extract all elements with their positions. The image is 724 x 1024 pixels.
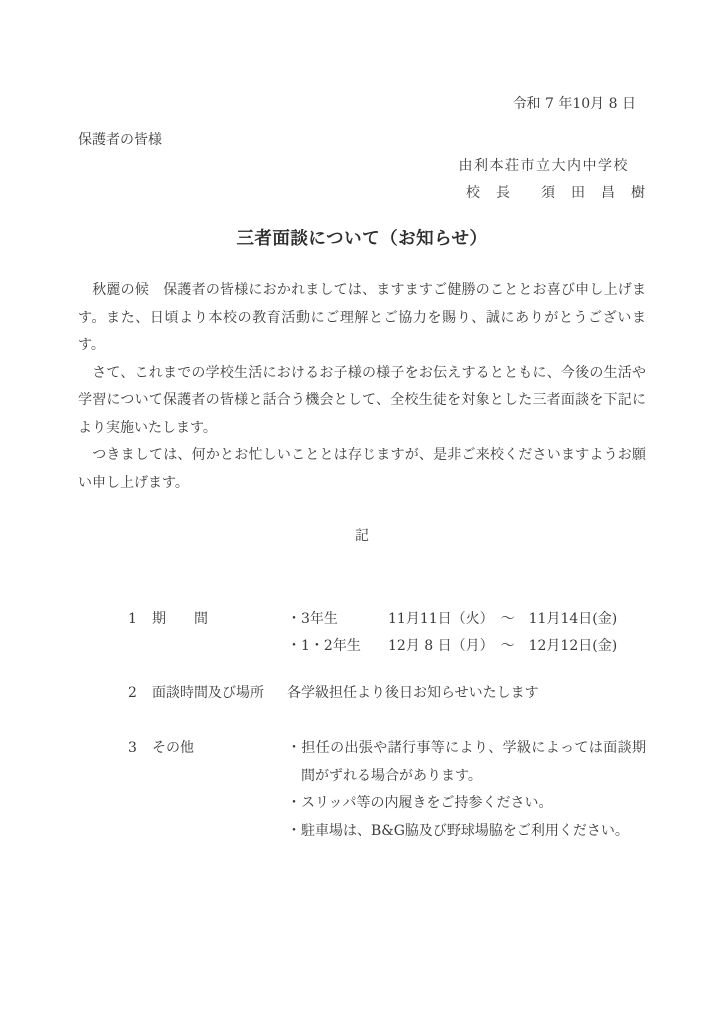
section-label: 面談時間及び場所 xyxy=(152,680,287,708)
section-number: 1 xyxy=(128,606,152,634)
sender-principal: 校 長 須 田 昌 樹 xyxy=(78,185,646,201)
section-content: ・3年生11月11日（火） ～ 11月14日(金) ・1・2年生12月 8 日（… xyxy=(287,606,646,661)
section-time-place: 2 面談時間及び場所 各学級担任より後日お知らせいたします xyxy=(78,680,646,708)
document-page: 令和 7 年10月 8 日 保護者の皆様 由利本荘市立大内中学校 校 長 須 田… xyxy=(0,0,724,1024)
section-label: 期 間 xyxy=(152,606,287,634)
recipient: 保護者の皆様 xyxy=(78,132,646,148)
section-content: ・担任の出張や諸行事等により、学級によっては面談期間がずれる場合があります。 ・… xyxy=(287,735,646,845)
bullet-item: ・駐車場は、B&G脇及び野球場脇をご利用ください。 xyxy=(287,818,646,846)
bullet-item: ・担任の出張や諸行事等により、学級によっては面談期間がずれる場合があります。 xyxy=(287,735,646,790)
paragraph-greeting: 秋麗の候 保護者の皆様におかれましては、ますますご健勝のこととお喜び申し上げます… xyxy=(78,277,646,360)
section-label: その他 xyxy=(152,735,287,763)
paragraph-request: つきましては、何かとお忙しいこととは存じますが、是非ご来校くださいますようお願い… xyxy=(78,442,646,497)
date-range: 12月 8 日（月） ～ 12月12日(金) xyxy=(388,638,617,654)
grade-label: ・3年生 xyxy=(287,606,388,634)
body-paragraphs: 秋麗の候 保護者の皆様におかれましては、ますますご健勝のこととお喜び申し上げます… xyxy=(78,277,646,497)
date-line: 令和 7 年10月 8 日 xyxy=(78,96,646,112)
grade-label: ・1・2年生 xyxy=(287,633,388,661)
section-content: 各学級担任より後日お知らせいたします xyxy=(287,680,646,708)
section-period: 1 期 間 ・3年生11月11日（火） ～ 11月14日(金) ・1・2年生12… xyxy=(78,606,646,661)
paragraph-purpose: さて、これまでの学校生活におけるお子様の様子をお伝えするとともに、今後の生活や学… xyxy=(78,360,646,443)
schedule-row: ・1・2年生12月 8 日（月） ～ 12月12日(金) xyxy=(287,633,646,661)
document-title: 三者面談について（お知らせ） xyxy=(78,227,646,251)
schedule-row: ・3年生11月11日（火） ～ 11月14日(金) xyxy=(287,606,646,634)
section-number: 2 xyxy=(128,680,152,708)
date-range: 11月11日（火） ～ 11月14日(金) xyxy=(388,611,617,627)
section-other: 3 その他 ・担任の出張や諸行事等により、学級によっては面談期間がずれる場合があ… xyxy=(78,735,646,845)
section-text: 各学級担任より後日お知らせいたします xyxy=(287,680,646,708)
sender-school: 由利本荘市立大内中学校 xyxy=(78,158,646,174)
section-number: 3 xyxy=(128,735,152,763)
ki-marker: 記 xyxy=(78,523,646,551)
bullet-item: ・スリッパ等の内履きをご持参ください。 xyxy=(287,790,646,818)
